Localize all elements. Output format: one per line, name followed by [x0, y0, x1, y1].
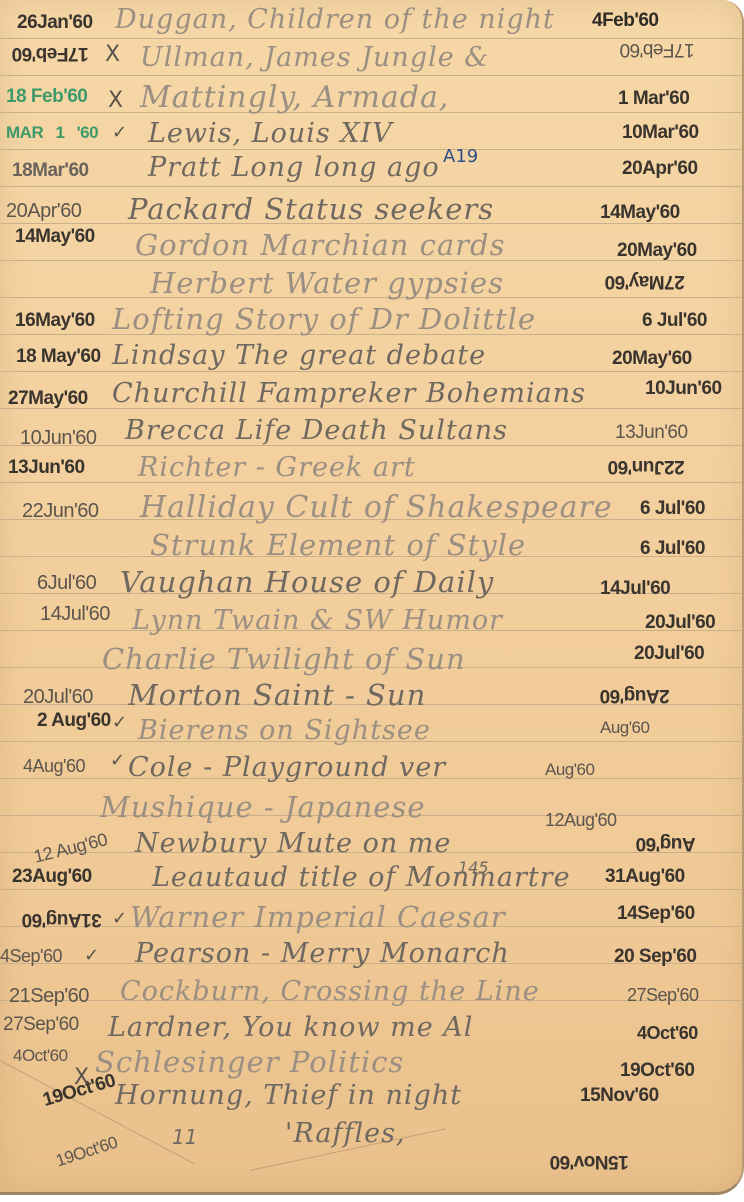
check-mark: ✓: [84, 945, 99, 966]
check-mark: ✓: [112, 122, 127, 143]
book-entry: Halliday Cult of Shakespeare: [140, 490, 613, 525]
blue-note: A19: [443, 146, 478, 167]
checkout-stamp: 4Aug'60: [23, 756, 85, 777]
return-stamp: 20Jul'60: [634, 643, 704, 665]
rule-line: [0, 149, 742, 150]
book-entry: Leautaud title of Monmartre: [152, 862, 571, 893]
return-stamp: 20 Sep'60: [614, 946, 696, 968]
book-entry: Herbert Water gypsies: [150, 266, 504, 300]
return-stamp: 2Aug'60: [600, 684, 670, 706]
return-stamp: 10Jun'60: [645, 378, 722, 400]
checkout-stamp: 10Jun'60: [20, 427, 97, 450]
book-entry: Lynn Twain & SW Humor: [132, 605, 503, 636]
checkout-stamp: 20Jul'60: [23, 686, 93, 709]
return-stamp: Aug'60: [545, 760, 594, 780]
return-stamp: 17Feb'60: [620, 38, 695, 60]
book-entry: Strunk Element of Style: [150, 528, 526, 562]
checkout-stamp: 20Apr'60: [6, 200, 81, 223]
book-entry: Mushique - Japanese: [100, 790, 426, 824]
book-entry: Pratt Long long ago: [148, 152, 440, 183]
book-entry: Gordon Marchian cards: [135, 228, 505, 262]
return-stamp: 20Apr'60: [622, 158, 698, 180]
checkout-stamp: 26Jan'60: [17, 12, 93, 34]
rule-line: [0, 371, 742, 372]
book-entry: Mattingly, Armada,: [140, 80, 449, 115]
return-stamp: 6 Jul'60: [642, 310, 707, 332]
return-stamp: 4Feb'60: [592, 10, 659, 32]
return-stamp: 20May'60: [612, 348, 692, 370]
x-mark: X: [105, 42, 120, 67]
book-entry: Warner Imperial Caesar: [130, 900, 506, 934]
book-entry: Duggan, Children of the night: [115, 4, 555, 35]
return-stamp: 27May'60: [605, 270, 685, 292]
pencil-number: 145: [458, 858, 489, 877]
checkout-stamp: 31Aug'60: [22, 908, 102, 930]
checkout-stamp: 19Oct'60: [53, 1133, 120, 1172]
return-stamp: 13Jun'60: [615, 422, 688, 444]
checkout-stamp: 14May'60: [15, 226, 95, 248]
book-entry: Brecca Life Death Sultans: [125, 415, 508, 446]
book-entry: Charlie Twilight of Sun: [102, 642, 466, 676]
book-entry: Morton Saint - Sun: [128, 678, 426, 712]
x-mark: X: [108, 88, 123, 113]
book-entry: Lewis, Louis XIV: [148, 118, 393, 149]
checkout-stamp: 27Sep'60: [3, 1014, 79, 1036]
checkout-stamp: 18Mar'60: [12, 160, 89, 182]
checkout-stamp: 18 May'60: [16, 346, 101, 368]
return-stamp: 20May'60: [617, 240, 697, 262]
book-entry: Pearson - Merry Monarch: [135, 938, 510, 969]
book-entry: Lofting Story of Dr Dolittle: [112, 302, 536, 336]
rule-line: [0, 75, 742, 76]
return-stamp: 6 Jul'60: [640, 538, 705, 560]
checkout-stamp: 22Jun'60: [22, 500, 99, 523]
return-stamp: Aug'60: [636, 832, 696, 854]
book-entry: Lardner, You know me Al: [108, 1012, 473, 1043]
book-entry: 'Raffles,: [285, 1118, 406, 1149]
book-entry: Bierens on Sightsee: [138, 715, 431, 746]
book-entry: Churchill Fampreker Bohemians: [112, 378, 586, 409]
return-stamp: 19Oct'60: [620, 1060, 694, 1082]
book-entry: Ullman, James Jungle &: [140, 42, 489, 73]
checkout-stamp: 12 Aug'60: [32, 829, 110, 868]
checkout-stamp: 21Sep'60: [9, 985, 89, 1008]
check-mark: ✓: [110, 750, 125, 771]
book-entry: Vaughan House of Daily: [120, 565, 494, 599]
checkout-stamp: 4Oct'60: [13, 1046, 68, 1066]
checkout-stamp: 23Aug'60: [12, 866, 92, 888]
return-stamp: 4Oct'60: [637, 1023, 698, 1044]
return-stamp: 10Mar'60: [622, 122, 699, 144]
return-stamp: 12Aug'60: [545, 810, 617, 831]
checkout-stamp: 6Jul'60: [37, 572, 96, 595]
check-mark: ✓: [112, 712, 127, 733]
book-entry: Schlesinger Politics: [95, 1045, 404, 1079]
book-entry: Packard Status seekers: [128, 192, 494, 226]
checkout-stamp: 2 Aug'60: [37, 710, 111, 732]
return-stamp: 14May'60: [600, 202, 680, 224]
checkout-stamp: 27May'60: [8, 388, 88, 410]
return-stamp: 15Nov'60: [550, 1150, 629, 1172]
checkout-stamp: 17Feb'60: [12, 42, 89, 64]
return-stamp: 31Aug'60: [605, 866, 685, 888]
book-entry: Newbury Mute on me: [135, 828, 451, 859]
checkout-stamp: 4Sep'60: [0, 946, 62, 967]
x-mark: X: [74, 1065, 89, 1090]
return-stamp: 15Nov'60: [580, 1085, 659, 1107]
return-stamp: 20Jul'60: [645, 612, 715, 634]
return-stamp: 1 Mar'60: [618, 88, 689, 110]
checkout-stamp: 16May'60: [15, 310, 95, 332]
rule-line: [0, 186, 742, 187]
return-stamp: 22Jun'60: [608, 455, 685, 477]
return-stamp: 14Sep'60: [617, 903, 695, 925]
book-entry: Lindsay The great debate: [112, 340, 486, 371]
checkout-stamp: MAR 1 '60: [6, 123, 98, 143]
book-entry: Richter - Greek art: [138, 452, 416, 483]
checkout-stamp: 13Jun'60: [8, 457, 85, 479]
book-entry: Cockburn, Crossing the Line: [120, 976, 540, 1007]
return-stamp: Aug'60: [600, 718, 649, 738]
checkout-stamp: 14Jul'60: [40, 603, 110, 626]
library-card: 26Jan'60 17Feb'60 18 Feb'60 MAR 1 '60 18…: [0, 0, 744, 1195]
ditto-mark: 11: [172, 1125, 197, 1149]
return-stamp: 27Sep'60: [627, 985, 699, 1006]
return-stamp: 14Jul'60: [600, 578, 670, 600]
book-entry: Hornung, Thief in night: [115, 1080, 462, 1111]
check-mark: ✓: [112, 908, 127, 929]
checkout-stamp: 18 Feb'60: [6, 86, 87, 108]
book-entry: Cole - Playground ver: [128, 752, 446, 783]
return-stamp: 6 Jul'60: [640, 498, 705, 520]
